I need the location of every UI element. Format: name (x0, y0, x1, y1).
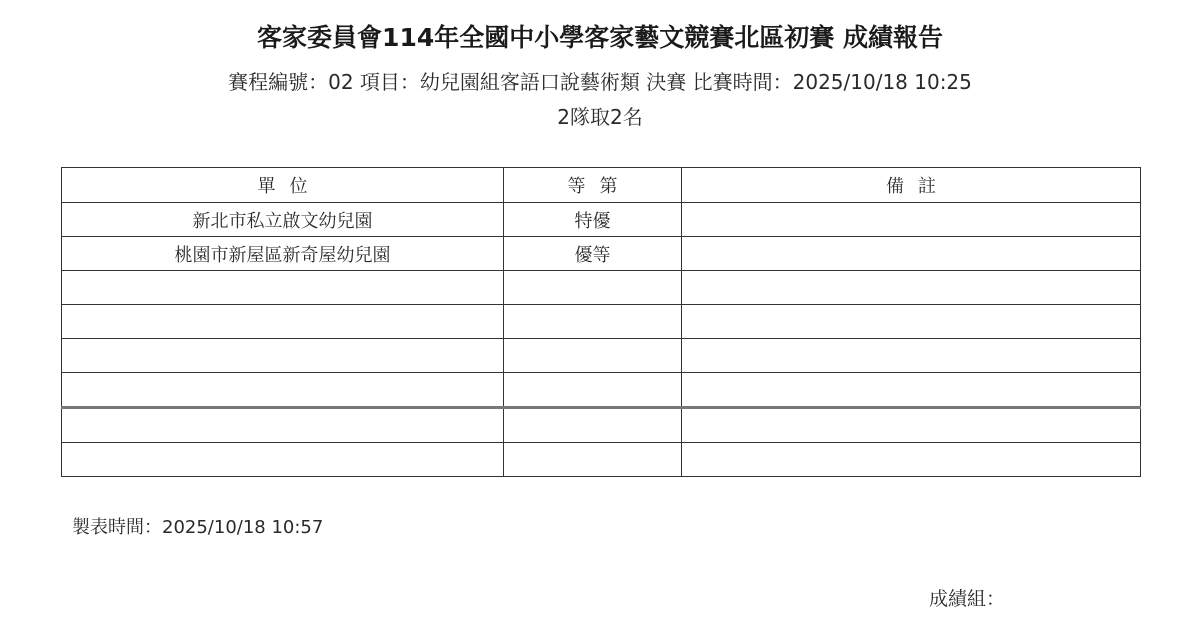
table-row (62, 339, 1141, 373)
table-row (62, 305, 1141, 339)
table-row: 桃園市新屋區新奇屋幼兒園 優等 (62, 237, 1141, 271)
cell-unit: 桃園市新屋區新奇屋幼兒園 (62, 237, 504, 271)
cell-rank (504, 373, 682, 408)
cell-note (682, 373, 1141, 408)
cell-note (682, 443, 1141, 477)
table-header-row: 單位 等第 備註 (62, 168, 1141, 203)
sign-label: 成績組： (929, 584, 1005, 611)
cell-unit (62, 443, 504, 477)
cell-rank: 優等 (504, 237, 682, 271)
quota-info: 2隊取2名 (0, 101, 1200, 130)
cell-unit (62, 408, 504, 443)
cell-rank: 特優 (504, 203, 682, 237)
table-row (62, 443, 1141, 477)
cell-note (682, 305, 1141, 339)
cell-rank (504, 339, 682, 373)
cell-unit (62, 339, 504, 373)
header-unit: 單位 (62, 168, 504, 203)
cell-unit (62, 271, 504, 305)
cell-note (682, 408, 1141, 443)
results-table: 單位 等第 備註 新北市私立啟文幼兒園 特優 桃園市新屋區新奇屋幼兒園 優等 (61, 167, 1141, 477)
event-info: 賽程編號：02 項目：幼兒園組客語口說藝術類 決賽 比賽時間：2025/10/1… (0, 66, 1200, 95)
table-row: 新北市私立啟文幼兒園 特優 (62, 203, 1141, 237)
table-row (62, 373, 1141, 408)
header-note: 備註 (682, 168, 1141, 203)
report-title: 客家委員會114年全國中小學客家藝文競賽北區初賽 成績報告 (0, 18, 1200, 54)
cell-rank (504, 443, 682, 477)
cell-rank (504, 408, 682, 443)
cell-note (682, 339, 1141, 373)
cell-rank (504, 305, 682, 339)
cell-unit (62, 305, 504, 339)
table-row (62, 271, 1141, 305)
cell-unit (62, 373, 504, 408)
cell-note (682, 237, 1141, 271)
cell-rank (504, 271, 682, 305)
table-row (62, 408, 1141, 443)
made-time: 製表時間：2025/10/18 10:57 (72, 513, 323, 539)
header-rank: 等第 (504, 168, 682, 203)
cell-note (682, 203, 1141, 237)
cell-note (682, 271, 1141, 305)
cell-unit: 新北市私立啟文幼兒園 (62, 203, 504, 237)
